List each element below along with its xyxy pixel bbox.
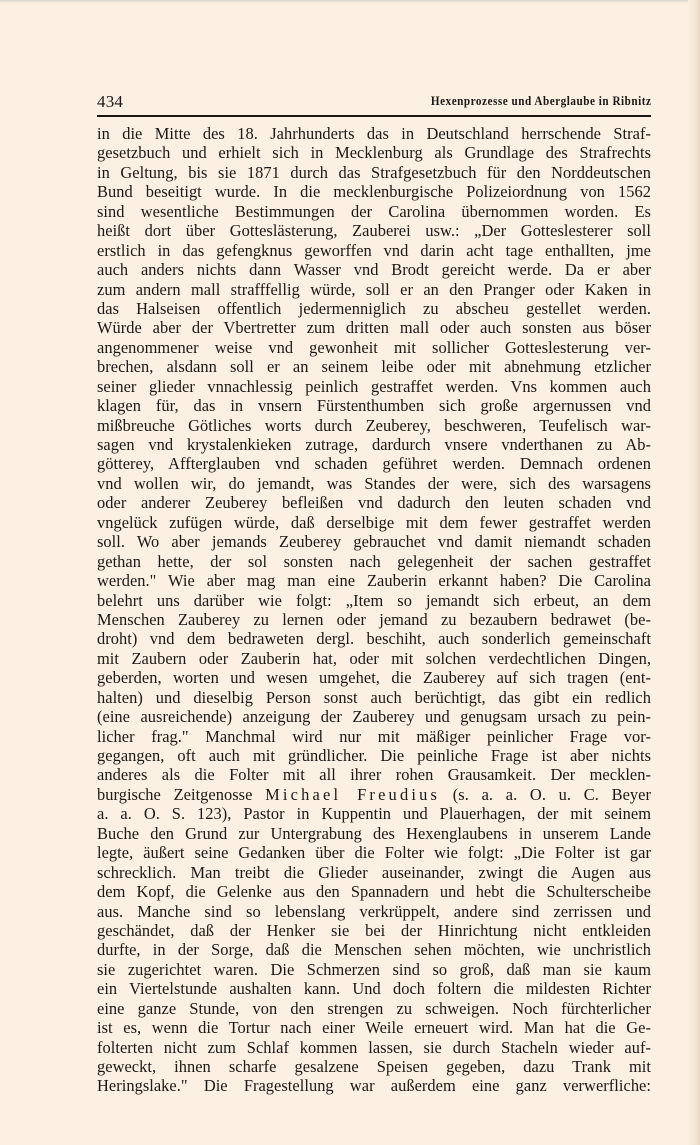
text-line: folterten nicht zum Schlaf kommen lassen… (97, 1038, 651, 1057)
text-line: ein Viertelstunde aushalten kann. Und do… (97, 979, 651, 998)
text-line: Würde aber der Vbertretter zum dritten m… (97, 318, 651, 337)
text-line: vnd wollen wir, do jemandt, was Standes … (97, 474, 651, 493)
text-line: licher frag." Manchmal wird nur mit mäßi… (97, 727, 651, 746)
text-line: eine ganze Stunde, von den strengen zu s… (97, 999, 651, 1018)
text-line: zum andern mall strafffellig würde, soll… (97, 280, 651, 299)
text-line: in die Mitte des 18. Jahrhunderts das in… (97, 124, 651, 143)
text-line: legte, äußert seine Gedanken über die Fo… (97, 843, 651, 862)
text-line: schrecklich. Man treibt die Glieder ause… (97, 863, 651, 882)
text-line: sie zugerichtet waren. Die Schmerzen sin… (97, 960, 651, 979)
spaced-name: Michael Freudius (265, 785, 440, 804)
text-line: gesetzbuch und erhielt sich in Mecklenbu… (97, 143, 651, 162)
text-line: heißt dort über Gotteslästerung, Zaubere… (97, 221, 651, 240)
text-line: gethan hette, der sol sonsten nach geleg… (97, 552, 651, 571)
header-rule (97, 115, 651, 117)
text-line: mit Zaubern oder Zauberin hat, oder mit … (97, 649, 651, 668)
text-line: angenommener weise vnd gewonheit mit sol… (97, 338, 651, 357)
running-title: Hexenprozesse und Aberglaube in Ribnitz (430, 93, 651, 109)
text-line: klagen für, das in vnsern Fürstenthumben… (97, 396, 651, 415)
text-line: halten) und dieselbig Person sonst auch … (97, 688, 651, 707)
text-line: droht) vnd dem bedraweten dergl. beschih… (97, 629, 651, 648)
page-number: 434 (97, 92, 123, 112)
text-line: geberden, worten und wesen umgehet, die … (97, 668, 651, 687)
text-line: aus. Manche sind so lebenslang verkrüppe… (97, 902, 651, 921)
text-line: seiner glieder vnnachlessig peinlich ges… (97, 377, 651, 396)
text-line: anderes als die Folter mit all ihrer roh… (97, 765, 651, 784)
text-line: Buche den Grund zur Untergrabung des Hex… (97, 824, 651, 843)
text-line: Heringslake." Die Fragestellung war auße… (97, 1076, 651, 1095)
text-line: (eine ausreichende) anzeigung der Zauber… (97, 707, 651, 726)
text-line: erstlich in das gefengknus geworffen vnd… (97, 241, 651, 260)
text-line: vngelück zufügen würde, daß derselbige m… (97, 513, 651, 532)
text-line: burgische Zeitgenosse Michael Freudius (… (97, 785, 651, 804)
page-top-edge (0, 0, 700, 3)
text-line: durfte, in der Sorge, daß die Menschen s… (97, 940, 651, 959)
page-right-edge (688, 0, 700, 1145)
text-line: mißbreuche Götliches worts durch Zeubere… (97, 416, 651, 435)
text-line: in Geltung, bis sie 1871 durch das Straf… (97, 163, 651, 182)
text-line: ist es, wenn die Tortur nach einer Weile… (97, 1018, 651, 1037)
running-head: 434 Hexenprozesse und Aberglaube in Ribn… (97, 92, 651, 114)
text-line: oder anderer Zeuberey befleißen vnd dadu… (97, 493, 651, 512)
text-line: Bund beseitigt wurde. In die mecklenburg… (97, 182, 651, 201)
text-line: geschändet, daß der Henker sie bei der H… (97, 921, 651, 940)
text-line: sind wesentliche Bestimmungen der Caroli… (97, 202, 651, 221)
text-line: werden." Wie aber mag man eine Zauberin … (97, 571, 651, 590)
text-line: götterey, Affterglauben vnd schaden gefü… (97, 454, 651, 473)
text-line: dem Kopf, die Gelenke aus den Spannadern… (97, 882, 651, 901)
text-line: geweckt, ihnen scharfe gesalzene Speisen… (97, 1057, 651, 1076)
text-line: soll. Wo aber jemands Zeuberey gebrauche… (97, 532, 651, 551)
text-line: sagen vnd krystalenkieken zutrage, dardu… (97, 435, 651, 454)
text-line: brechen, alsdann soll er an seinem leibe… (97, 357, 651, 376)
text-line: a. a. O. S. 123), Pastor in Kuppentin un… (97, 804, 651, 823)
text-line: belehrt uns darüber wie folgt: „Item so … (97, 591, 651, 610)
text-line: das Halseisen offentlich jedermenniglich… (97, 299, 651, 318)
body-text: in die Mitte des 18. Jahrhunderts das in… (97, 124, 651, 1096)
text-line: auch anders nichts dann Wasser vnd Brodt… (97, 260, 651, 279)
text-line: gegangen, oft auch mit gründlicher. Die … (97, 746, 651, 765)
text-line: Menschen Zauberey zu lernen oder jemand … (97, 610, 651, 629)
